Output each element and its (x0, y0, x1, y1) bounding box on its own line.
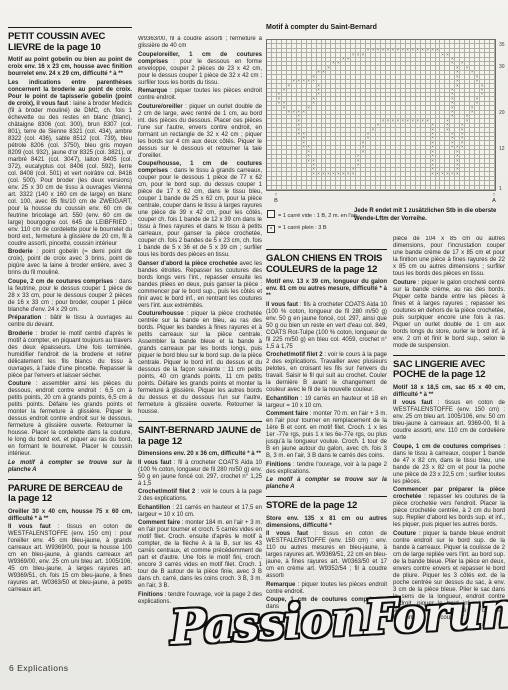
empty-cell (490, 186, 495, 190)
direction-arrow: ↑B (271, 193, 281, 204)
section-heading: PETIT COUSSIN AVEC LIEVRE de la page 10 (8, 32, 132, 53)
paragraph-label: Couture/oreiller (138, 104, 183, 110)
row-number: 1 (499, 186, 502, 192)
paragraph: Echantillon : 21 carrés en hauteur et 17… (138, 505, 262, 519)
section-subtitle: Motif 18 x 18,5 cm, sac 65 x 40 cm, diff… (393, 385, 505, 399)
paragraph: Il vous faut : fils à crocheter COATS Ai… (266, 302, 387, 351)
section-subtitle: Oreiller 30 x 40 cm, housse 75 x 60 cm, … (8, 509, 132, 523)
legend-item: = 1 carré vide : 1 B, 2 m. en l'air (267, 210, 357, 222)
paragraph-label: Ganser d'abord la pièce crochetée (138, 261, 237, 267)
paragraph: Ganser d'abord la pièce crochetée avec l… (138, 261, 262, 310)
paragraph: Finitions : tendre l'ouvrage, voir à la … (266, 462, 387, 476)
paragraph: Comment faire : monter 184 m. en l'air +… (138, 520, 262, 590)
section-heading: SAC LINGERIE AVEC POCHE de la page 12 (393, 360, 505, 381)
paragraph: Crochet/motif filet 2 : voir le cours à … (138, 489, 262, 503)
paragraph-label: Crochet/motif filet 2 (266, 352, 323, 358)
empty-square-icon (267, 210, 275, 218)
section-divider (266, 249, 387, 250)
paragraph-label: Couture (8, 381, 31, 387)
arrow-letter: B (271, 199, 281, 205)
section-subtitle: Motif au point gobelin ou bien au point … (8, 57, 132, 78)
section-divider (393, 355, 505, 356)
paragraph-label: Echantillon (138, 505, 170, 511)
paragraph: Coupe, 2 cm de coutures comprises : dans… (8, 279, 132, 314)
paragraph: Coupe/housse, 1 cm de coutures comprises… (138, 161, 262, 259)
chart-german-note: Jede R endet mit 1 zusätzlichen Stb in d… (354, 208, 508, 223)
section-subtitle: Store env. 135 x 81 cm ou autres dimensi… (266, 516, 387, 530)
row-number: 20 (499, 110, 505, 116)
paragraph-label: Commencer par préparer la pièce crocheté… (393, 487, 505, 500)
paragraph: Echantillon : 19 carrés en hauteur et 18… (266, 396, 387, 410)
paragraph: Préparation : bâtir le tissu à ouvrages … (8, 315, 132, 329)
filled-square-icon: × (267, 225, 275, 233)
section-heading: STORE de la page 12 (266, 501, 387, 512)
arrow-letter: A (489, 199, 499, 205)
paragraph: pièce de 104 x 85 cm ou autres dimension… (393, 236, 505, 278)
row-number: 12 (499, 146, 505, 152)
paragraph: Coupe/oreiller, 1 cm de coutures compris… (138, 52, 262, 87)
cross-reference-note: Le motif à compter se trouve sur la plan… (8, 460, 132, 474)
paragraph-label: Les indications entre parenthèses concer… (8, 80, 132, 107)
section-heading: PARURE DE BERCEAU de la page 12 (8, 484, 132, 505)
paragraph-label: Comment faire (266, 411, 308, 417)
row-number: 30 (499, 64, 505, 70)
legend-text: = 1 carré vide : 1 B, 2 m. en l'air (278, 213, 357, 219)
section-divider (138, 421, 262, 422)
section-subtitle: Dimensions env. 20 x 36 cm, difficulté *… (138, 451, 262, 458)
direction-arrow: ↑A (489, 193, 499, 204)
cross-reference-note: Le motif à compter se trouve sur la plan… (266, 477, 387, 491)
paragraph: Coupe, 1 cm de coutures comprises : dans… (393, 444, 505, 486)
paragraph: Les indications entre parenthèses concer… (8, 80, 132, 248)
row-number: 35 (499, 42, 505, 48)
paragraph-label: Remarque (138, 88, 167, 94)
paragraph-label: Finitions (138, 592, 163, 598)
paragraph: Il vous faut : tissus en coton de WESTFA… (393, 400, 505, 442)
chart-grid: ××××××××××××××××××××××××××××××××××××××××… (266, 39, 496, 191)
paragraph-label: Couture (393, 280, 416, 286)
paragraph-label: Comment faire (138, 520, 180, 526)
paragraph: Remarque : piquer toutes les pièces endr… (138, 88, 262, 102)
crochet-chart: Motif à compter du Saint-Bernard ×××××××… (266, 24, 508, 242)
paragraph: Comment faire : monter 70 m. en l'air + … (266, 411, 387, 460)
paragraph: Broderie : broder le motif centré d'aprè… (8, 331, 132, 380)
paragraph: Broderie : point gobelin (= demi point d… (8, 249, 132, 277)
paragraph-label: Il vous faut (266, 531, 308, 537)
paragraph-label: Coupe/housse, 1 cm de coutures comprises (138, 161, 262, 174)
paragraph-label: Il vous faut (138, 460, 171, 466)
paragraph: Couture : piquer le galon crocheté centr… (393, 280, 505, 350)
paragraph-label: Il vous faut (8, 524, 51, 530)
paragraph: Couture/oreiller : piquer un ourlet doub… (138, 104, 262, 160)
paragraph-label: Coupe, 2 cm de coutures comprises (8, 279, 113, 285)
legend-text: = 1 carré plein : 3 B (278, 225, 327, 231)
paragraph: Couture : assembler ainsi les pièces du … (8, 381, 132, 458)
section-subtitle: Motif env. 13 x 39 cm, longueur du galon… (266, 279, 387, 300)
section-divider (266, 496, 387, 497)
paragraph-label: Broderie (8, 331, 33, 337)
paragraph-label: Il vous faut (393, 400, 432, 406)
section-divider (8, 479, 132, 480)
text-column-2: W9363/00, fil à coudre assorti ; fermetu… (138, 36, 262, 680)
paragraph-label: Echantillon (266, 396, 298, 402)
paragraph-label: Couture/housse (138, 311, 184, 317)
paragraph-label: Finitions (266, 462, 291, 468)
paragraph-label: Couture (393, 531, 416, 537)
section-divider (8, 27, 132, 28)
paragraph: Il vous faut : fil à crocheter COATS Aid… (138, 460, 262, 488)
paragraph-label: Coupe, 1 cm de coutures comprises (393, 444, 501, 450)
paragraph-label: Remarque (266, 582, 295, 588)
section-heading: GALON CHIENS EN TROIS COULEURS de la pag… (266, 254, 387, 275)
paragraph-label: Crochet/motif filet 2 (138, 489, 195, 495)
paragraph: Commencer par préparer la pièce crocheté… (393, 487, 505, 529)
legend-item: ×= 1 carré plein : 3 B (267, 222, 357, 234)
paragraph-label: Coupe/oreiller, 1 cm de coutures compris… (138, 52, 262, 65)
paragraph: Couture/housse : piquer la pièce crochet… (138, 311, 262, 416)
paragraph: Il vous faut : tissus en coton de WESTFA… (8, 524, 132, 594)
paragraph: Crochet/motif filet 2 : voir le cours à … (266, 352, 387, 394)
paragraph-label: Il vous faut (266, 302, 298, 308)
chart-legend: = 1 carré vide : 1 B, 2 m. en l'air×= 1 … (267, 210, 357, 234)
page-footer: 6 Explications (9, 663, 68, 673)
paragraph-label: Préparation (8, 315, 41, 321)
paragraph: Il vous faut : tissus en coton de WESTFA… (266, 531, 387, 580)
paragraph-label: Broderie (8, 249, 33, 255)
chart-title: Motif à compter du Saint-Bernard (266, 24, 508, 31)
text-column-1: PETIT COUSSIN AVEC LIEVRE de la page 10M… (8, 22, 132, 658)
section-heading: SAINT-BERNARD JAUNE de la page 12 (138, 426, 262, 447)
paragraph: W9363/00, fil à coudre assorti ; fermetu… (138, 36, 262, 50)
